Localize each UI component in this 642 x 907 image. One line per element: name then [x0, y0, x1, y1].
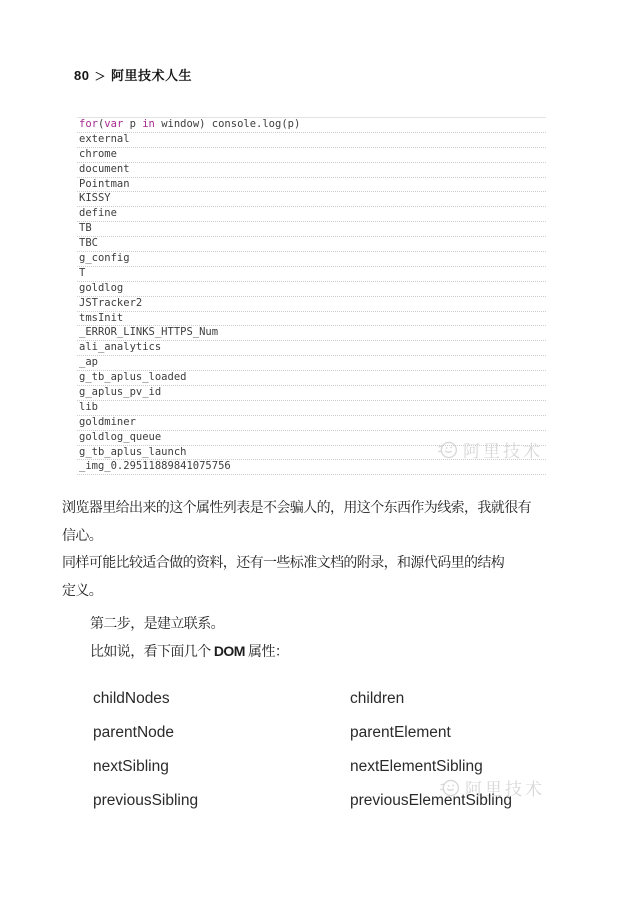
console-log-text: _ap [79, 356, 98, 368]
console-log-entry: goldlog [77, 282, 546, 297]
console-log-entry: KISSY [77, 192, 546, 207]
console-log-entry: TB [77, 222, 546, 237]
intro-prefix: 比如说，看下面几个 [90, 643, 214, 659]
dom-property-node-api: childNodes [93, 682, 350, 716]
console-log-list: external chrome document Pointman KISSY [77, 133, 546, 475]
console-log-entry: _ap [77, 356, 546, 371]
paragraph-confidence: 浏览器里给出来的这个属性列表是不会骗人的，用这个东西作为线索，我就很有信心。 [62, 494, 559, 549]
console-log-text: T [79, 267, 85, 279]
dom-property-element-api: previousElementSibling [350, 784, 546, 818]
page-number: 80 [74, 68, 89, 83]
console-log-text: TBC [79, 237, 98, 249]
console-log-entry: ali_analytics [77, 341, 546, 356]
dom-property-node-api: previousSibling [93, 784, 350, 818]
console-log-text: goldminer [79, 416, 136, 428]
page-header: 80＞阿里技术人生 [74, 65, 192, 84]
console-code-line: for(var p in window) console.log(p) [77, 118, 546, 133]
console-log-entry: Pointman [77, 178, 546, 193]
dom-property-element-api: children [350, 682, 546, 716]
dom-property-row: childNodes children [93, 682, 546, 716]
paragraph-line: 信心。 [62, 522, 559, 550]
paragraph-step-two: 第二步，是建立联系。 [62, 610, 559, 638]
paragraph-materials: 同样可能比较适合做的资料，还有一些标准文档的附录，和源代码里的结构定义。 [62, 549, 559, 604]
console-log-entry: TBC [77, 237, 546, 252]
console-log-entry: document [77, 163, 546, 178]
dom-property-row: nextSibling nextElementSibling [93, 750, 546, 784]
console-log-entry: JSTracker2 [77, 297, 546, 312]
console-log-entry: chrome [77, 148, 546, 163]
console-log-entry: goldminer [77, 416, 546, 431]
dom-acronym: DOM [214, 643, 245, 659]
console-log-text: _ERROR_LINKS_HTTPS_Num [79, 326, 218, 338]
smiley-logo-icon [436, 439, 458, 461]
console-log-text: TB [79, 222, 92, 234]
console-log-text: lib [79, 401, 98, 413]
console-log-entry: _img_0.29511889841075756 [77, 460, 546, 475]
dom-property-row: previousSibling previousElementSibling [93, 784, 546, 818]
console-log-entry: external [77, 133, 546, 148]
console-log-text: g_aplus_pv_id [79, 386, 161, 398]
dom-property-element-api: parentElement [350, 716, 546, 750]
book-title: 阿里技术人生 [111, 68, 192, 83]
console-log-text: document [79, 163, 130, 175]
dom-property-element-api: nextElementSibling [350, 750, 546, 784]
code-segment: p [123, 118, 142, 130]
console-log-entry: g_tb_aplus_loaded [77, 371, 546, 386]
console-log-text: ali_analytics [79, 341, 161, 353]
dom-property-list: childNodes children parentNode parentEle… [93, 682, 546, 818]
console-log-text: external [79, 133, 130, 145]
console-log-entry: _ERROR_LINKS_HTTPS_Num [77, 326, 546, 341]
dom-property-node-api: nextSibling [93, 750, 350, 784]
console-log-text: Pointman [79, 178, 130, 190]
book-page: 80＞阿里技术人生 for(var p in window) console.l… [0, 0, 642, 907]
paragraph-line: 浏览器里给出来的这个属性列表是不会骗人的，用这个东西作为线索，我就很有 [62, 494, 559, 522]
console-log-entry: lib [77, 401, 546, 416]
code-segment: window) console.log(p) [155, 118, 300, 130]
console-log-entry: tmsInit [77, 312, 546, 327]
body-copy: 浏览器里给出来的这个属性列表是不会骗人的，用这个东西作为线索，我就很有信心。 同… [62, 494, 559, 665]
console-log-entry: define [77, 207, 546, 222]
console-log-text: _img_0.29511889841075756 [79, 460, 231, 472]
console-log-text: define [79, 207, 117, 219]
intro-suffix: 属性： [245, 643, 289, 659]
paragraph-line: 同样可能比较适合做的资料，还有一些标准文档的附录，和源代码里的结构 [62, 549, 559, 577]
console-log-text: KISSY [79, 192, 111, 204]
dom-property-row: parentNode parentElement [93, 716, 546, 750]
console-log-text: chrome [79, 148, 117, 160]
console-log-text: JSTracker2 [79, 297, 142, 309]
devtools-console-output: for(var p in window) console.log(p) exte… [77, 117, 546, 475]
console-log-text: tmsInit [79, 312, 123, 324]
watermark-text: 阿里技术 [463, 437, 543, 462]
brand-watermark: 阿里技术 [436, 437, 543, 462]
code-segment: in [142, 118, 155, 130]
code-segment: for [79, 118, 98, 130]
header-separator-icon: ＞ [94, 71, 106, 83]
code-segment: var [104, 118, 123, 130]
console-log-text: g_tb_aplus_launch [79, 446, 186, 458]
console-log-entry: T [77, 267, 546, 282]
paragraph-dom-intro: 比如说，看下面几个 DOM 属性： [62, 638, 559, 666]
paragraph-line: 定义。 [62, 577, 559, 605]
console-log-text: goldlog [79, 282, 123, 294]
dom-property-node-api: parentNode [93, 716, 350, 750]
console-log-text: goldlog_queue [79, 431, 161, 443]
console-log-entry: g_config [77, 252, 546, 267]
console-log-text: g_tb_aplus_loaded [79, 371, 186, 383]
console-log-entry: g_aplus_pv_id [77, 386, 546, 401]
console-log-text: g_config [79, 252, 130, 264]
